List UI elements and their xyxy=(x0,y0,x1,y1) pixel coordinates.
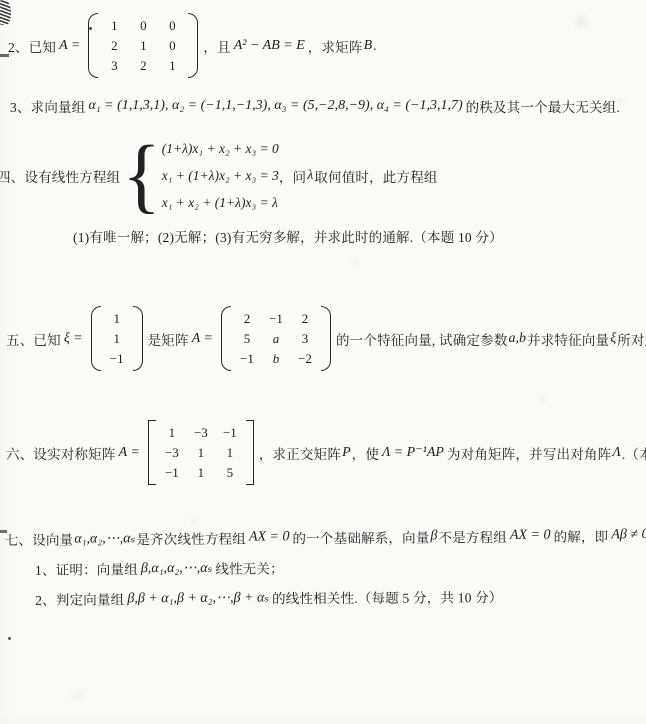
matrix-a-cells: 2 −1 2 5 a 3 −1 b −2 xyxy=(233,306,319,371)
problem-2-lead: 2、已知 xyxy=(8,36,56,56)
matrix-cell: −2 xyxy=(298,350,312,367)
xi-symbol: ξ xyxy=(610,331,616,347)
problem-7-mid2: 的一个基础解系，向量 xyxy=(292,526,429,547)
problem-6-tail: .（本题 10 分） xyxy=(622,443,646,463)
problem-7-item-1: 1、证明：向量组 β,α₁,α₂,⋯,αₛ 线性无关； xyxy=(35,555,646,579)
problem-3-vectors: α₁ = (1,1,3,1), α₂ = (−1,1,−1,3), α₃ = (… xyxy=(88,98,462,114)
matrix-cell: 3 xyxy=(302,330,309,347)
a-beta-not-zero: Aβ ≠ 0 xyxy=(611,527,646,543)
problem-3-tail: 的秩及其一个最大无关组. xyxy=(466,96,620,116)
matrix-a-name: A = xyxy=(192,331,213,347)
matrix-a-name: A = xyxy=(119,445,140,461)
problem-4-subline-text: (1)有唯一解；(2)无解；(3)有无穷多解，并求此时的通解.（本题 10 分） xyxy=(73,226,503,246)
equation-system: { (1+λ)x₁ + x₂ + x₃ = 0 x₁ + (1+λ)x₂ + x… xyxy=(120,140,279,212)
item-2-vectors: β,β + α₁,β + α₂,⋯,β + αₛ xyxy=(127,589,269,607)
matrix-cell: 1 xyxy=(169,424,176,441)
problem-6: 六、设实对称矩阵 A = 1 −3 −1 −3 1 1 −1 1 5 ，求正交矩… xyxy=(6,420,646,485)
problem-2-tail: ，求矩阵 xyxy=(308,36,363,56)
alpha-list: α₁,α₂,⋯,αₛ xyxy=(74,530,135,547)
bracket-right xyxy=(246,420,254,485)
matrix-cell: 2 xyxy=(244,310,251,327)
paren-right xyxy=(321,306,331,371)
scan-artifact-dot-bottom xyxy=(8,637,11,640)
item-2-lead: 2、判定向量组 xyxy=(35,588,124,609)
matrix-cell: −3 xyxy=(194,424,208,441)
matrix-cell: −3 xyxy=(165,444,179,461)
matrix-cell: 1 xyxy=(198,464,205,481)
problem-5-mid1: 是矩阵 xyxy=(148,329,189,349)
matrix-cell-b: b xyxy=(273,350,280,367)
problem-7-lead: 七、设向量 xyxy=(5,529,74,549)
matrix-cell: 1 xyxy=(140,37,147,54)
matrix-cell: 3 xyxy=(111,57,118,74)
matrix-p-name: P xyxy=(342,445,351,461)
problem-5: 五、已知 ξ = 1 1 −1 是矩阵 A = 2 −1 2 5 a 3 −1 … xyxy=(0,306,646,371)
problem-2-formula: A² − AB = E xyxy=(234,38,305,54)
matrix-cell: 2 xyxy=(111,37,118,54)
equations: (1+λ)x₁ + x₂ + x₃ = 0 x₁ + (1+λ)x₂ + x₃ … xyxy=(162,140,279,212)
problem-7-statement: 七、设向量 α₁,α₂,⋯,αₛ 是齐次线性方程组 AX = 0 的一个基础解系… xyxy=(5,525,646,549)
matrix-cell: 0 xyxy=(169,17,176,34)
matrix-cell-a: a xyxy=(273,330,280,347)
matrix-cell: 1 xyxy=(111,17,118,34)
matrix-cell: 5 xyxy=(227,464,234,481)
problem-3: 3、求向量组 α₁ = (1,1,3,1), α₂ = (−1,1,−1,3),… xyxy=(10,96,620,116)
matrix-cell: 0 xyxy=(169,37,176,54)
matrix-cell: 2 xyxy=(140,57,147,74)
item-2-tail: 的线性相关性.（每题 5 分，共 10 分） xyxy=(272,586,503,607)
params-ab: a,b xyxy=(509,331,527,347)
matrix-cell: −1 xyxy=(240,350,254,367)
lambda-symbol: λ xyxy=(307,168,313,184)
xi-vector: 1 1 −1 xyxy=(91,306,143,371)
equation-1: (1+λ)x₁ + x₂ + x₃ = 0 xyxy=(162,140,279,158)
problem-7: 七、设向量 α₁,α₂,⋯,αₛ 是齐次线性方程组 AX = 0 的一个基础解系… xyxy=(5,525,646,609)
matrix-a-cells: 1 −3 −1 −3 1 1 −1 1 5 xyxy=(158,420,244,485)
problem-7-mid3: 不是方程组 xyxy=(438,526,507,546)
matrix-a: 1 0 0 2 1 0 3 2 1 xyxy=(88,13,198,78)
problem-4-subquestions: (1)有唯一解；(2)无解；(3)有无穷多解，并求此时的通解.（本题 10 分） xyxy=(73,226,503,246)
problem-6-mid2: ，使 xyxy=(352,443,379,463)
problem-7-item-2: 2、判定向量组 β,β + α₁,β + α₂,⋯,β + αₛ 的线性相关性.… xyxy=(35,585,646,609)
equation-3: x₁ + x₂ + (1+λ)x₃ = λ xyxy=(162,194,279,212)
matrix-cell: 1 xyxy=(198,444,205,461)
lambda-cap-symbol: Λ xyxy=(612,445,620,461)
item-1-tail: 线性无关； xyxy=(215,557,284,577)
problem-7-mid1: 是齐次线性方程组 xyxy=(136,528,246,549)
matrix-b-name: B xyxy=(364,38,373,54)
matrix-cell: 1 xyxy=(169,57,176,74)
vector-cell: −1 xyxy=(110,350,124,367)
ax-equals-zero: AX = 0 xyxy=(510,528,551,544)
paren-right xyxy=(188,13,198,78)
exam-paper-scan: 2、已知 A = 1 0 0 2 1 0 3 2 1 ，且 A² − AB = … xyxy=(0,0,646,724)
problem-4-mid: ，问 xyxy=(279,166,306,186)
vector-cell: 1 xyxy=(113,330,120,347)
paren-right xyxy=(133,306,143,371)
item-1-vectors: β,α₁,α₂,⋯,αₛ xyxy=(141,559,213,576)
problem-4: 四、设有线性方程组 { (1+λ)x₁ + x₂ + x₃ = 0 x₁ + (… xyxy=(0,140,503,246)
matrix-cell: −1 xyxy=(223,424,237,441)
system-brace: { xyxy=(122,139,160,214)
matrix-cell: 2 xyxy=(302,310,309,327)
ax-equals-zero: AX = 0 xyxy=(249,529,290,545)
vector-cell: 1 xyxy=(113,310,120,327)
beta-symbol: β xyxy=(430,528,437,544)
problem-4-system-row: 四、设有线性方程组 { (1+λ)x₁ + x₂ + x₃ = 0 x₁ + (… xyxy=(0,140,503,212)
problem-6-lead: 六、设实对称矩阵 xyxy=(6,443,116,463)
problem-6-formula: Λ = P⁻¹AP xyxy=(382,444,444,461)
equation-2: x₁ + (1+λ)x₂ + x₃ = 3 xyxy=(162,167,279,185)
matrix-cell: 0 xyxy=(140,17,147,34)
problem-4-lead: 四、设有线性方程组 xyxy=(0,166,120,186)
xi-name: ξ = xyxy=(64,331,83,347)
matrix-cell: −1 xyxy=(269,310,283,327)
problem-3-lead: 3、求向量组 xyxy=(10,96,85,116)
matrix-a-cells: 1 0 0 2 1 0 3 2 1 xyxy=(100,13,186,78)
paren-left xyxy=(221,306,231,371)
problem-5-mid2: 的一个特征向量, 试确定参数 xyxy=(336,329,508,349)
problem-2-mid: ，且 xyxy=(203,36,230,56)
matrix-cell: −1 xyxy=(165,464,179,481)
paren-left xyxy=(91,306,101,371)
matrix-a: 1 −3 −1 −3 1 1 −1 1 5 xyxy=(148,420,254,485)
problem-7-mid4: 的解，即 xyxy=(553,525,608,545)
problem-4-tail: 取何值时，此方程组 xyxy=(314,166,437,186)
matrix-cell: 1 xyxy=(227,444,234,461)
matrix-a-name: A = xyxy=(59,38,80,54)
problem-6-mid1: ，求正交矩阵 xyxy=(259,443,341,463)
problem-2-period: . xyxy=(373,38,377,54)
xi-vector-cells: 1 1 −1 xyxy=(103,306,131,371)
paren-left xyxy=(88,13,98,78)
problem-5-lead: 五、已知 xyxy=(6,329,61,349)
problem-2: 2、已知 A = 1 0 0 2 1 0 3 2 1 ，且 A² − AB = … xyxy=(8,13,377,78)
matrix-a: 2 −1 2 5 a 3 −1 b −2 xyxy=(221,306,331,371)
item-1-lead: 1、证明：向量组 xyxy=(35,558,138,579)
problem-6-mid3: 为对角矩阵，并写出对角阵 xyxy=(447,443,611,463)
problem-5-tail: 所对应的特征值. (本题 10 xyxy=(617,329,646,349)
bracket-left xyxy=(148,420,156,485)
problem-5-mid3: 并求特征向量 xyxy=(527,329,609,349)
matrix-cell: 5 xyxy=(244,330,251,347)
